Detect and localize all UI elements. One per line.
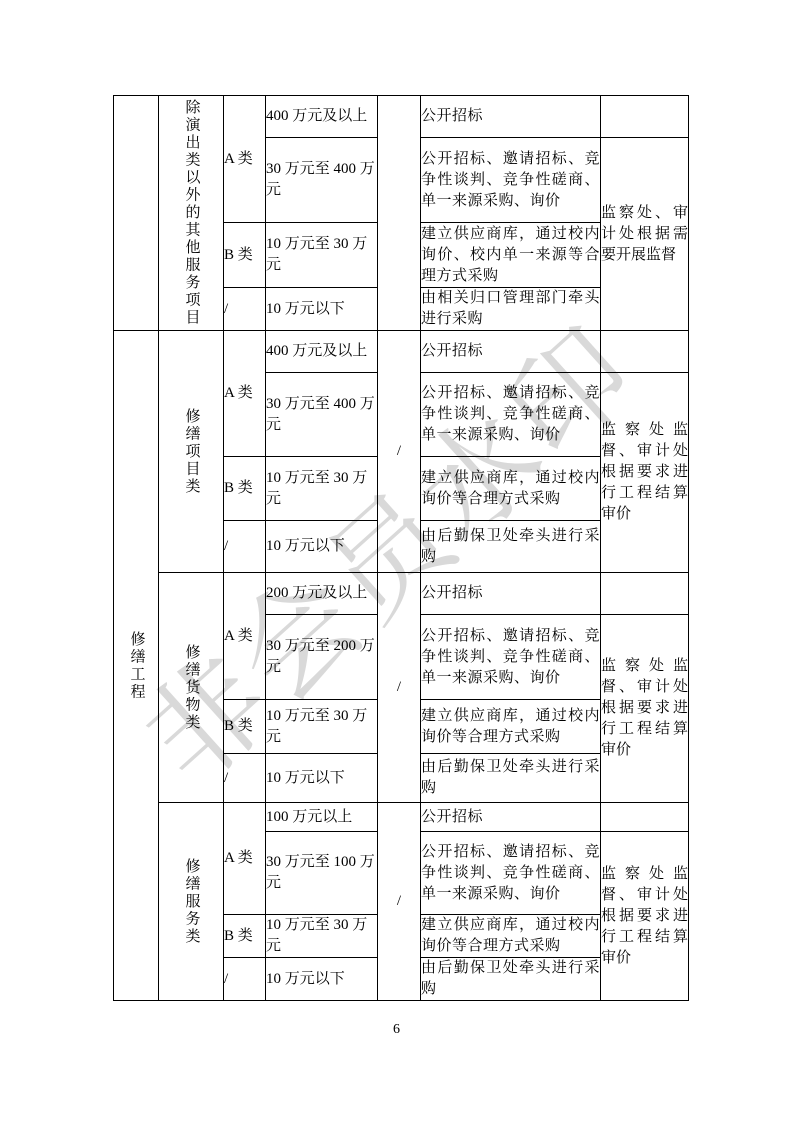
table-row: 修缮货物类 A 类 200 万元及以上 / 公开招标 <box>114 573 689 615</box>
cell-org <box>378 96 421 331</box>
cell-class-slash: / <box>224 754 266 803</box>
cell-amount: 10 万元至 30 万元 <box>266 457 378 521</box>
category-label: 修缮服务类 <box>184 858 199 946</box>
cell-method: 公开招标 <box>421 803 601 832</box>
cell-class-a: A 类 <box>224 803 266 915</box>
table-row: 修缮工程 修缮项目类 A 类 400 万元及以上 / 公开招标 <box>114 331 689 373</box>
cell-method: 由相关归口管理部门牵头进行采购 <box>421 288 601 331</box>
procurement-table: 除演出类以外的其他服务项目 A 类 400 万元及以上 公开招标 30 万元至 … <box>113 95 689 1001</box>
cell-method: 公开招标、邀请招标、竞争性谈判、竞争性磋商、单一来源采购、询价 <box>421 138 601 223</box>
cell-amount: 10 万元以下 <box>266 958 378 1001</box>
cell-method: 公开招标、邀请招标、竞争性谈判、竞争性磋商、单一来源采购、询价 <box>421 615 601 700</box>
cell-method: 公开招标 <box>421 573 601 615</box>
cell-supervision-blank <box>601 803 689 832</box>
cell-supervision: 监察处监督、审计处根据要求进行工程结算审价 <box>601 832 689 1001</box>
category-label: 修缮货物类 <box>184 644 199 732</box>
cell-class-a: A 类 <box>224 331 266 457</box>
category-label: 除演出类以外的其他服务项目 <box>184 99 199 327</box>
cell-amount: 30 万元至 100 万元 <box>266 832 378 915</box>
cell-method: 公开招标、邀请招标、竞争性谈判、竞争性磋商、单一来源采购、询价 <box>421 832 601 915</box>
page-number: 6 <box>0 1022 793 1038</box>
cell-amount: 400 万元及以上 <box>266 96 378 138</box>
cell-category: 修缮项目类 <box>159 331 224 573</box>
cell-method: 建立供应商库，通过校内询价等合理方式采购 <box>421 915 601 958</box>
cell-method: 公开招标、邀请招标、竞争性谈判、竞争性磋商、单一来源采购、询价 <box>421 373 601 457</box>
cell-supervision-blank <box>601 96 689 138</box>
category-label: 修缮项目类 <box>184 408 199 496</box>
cell-class-slash: / <box>224 958 266 1001</box>
cell-method: 由后勤保卫处牵头进行采购 <box>421 754 601 803</box>
cell-category: 修缮服务类 <box>159 803 224 1001</box>
cell-class-slash: / <box>224 521 266 573</box>
cell-method: 公开招标 <box>421 331 601 373</box>
cell-group: 修缮工程 <box>114 331 159 1001</box>
cell-class-b: B 类 <box>224 457 266 521</box>
cell-method: 建立供应商库，通过校内询价等合理方式采购 <box>421 457 601 521</box>
cell-amount: 30 万元至 200 万元 <box>266 615 378 700</box>
cell-class-b: B 类 <box>224 700 266 754</box>
cell-class-b: B 类 <box>224 223 266 288</box>
cell-org: / <box>378 803 421 1001</box>
cell-method: 公开招标 <box>421 96 601 138</box>
cell-amount: 10 万元至 30 万元 <box>266 915 378 958</box>
cell-method: 建立供应商库，通过校内询价等合理方式采购 <box>421 700 601 754</box>
cell-amount: 10 万元至 30 万元 <box>266 700 378 754</box>
cell-supervision-blank <box>601 573 689 615</box>
cell-category: 除演出类以外的其他服务项目 <box>159 96 224 331</box>
cell-method: 由后勤保卫处牵头进行采购 <box>421 958 601 1001</box>
cell-amount: 200 万元及以上 <box>266 573 378 615</box>
table-row: 除演出类以外的其他服务项目 A 类 400 万元及以上 公开招标 <box>114 96 689 138</box>
cell-supervision: 监察处监督、审计处根据要求进行工程结算审价 <box>601 373 689 573</box>
cell-org: / <box>378 331 421 573</box>
cell-class-b: B 类 <box>224 915 266 958</box>
group-label: 修缮工程 <box>129 631 144 701</box>
cell-amount: 30 万元至 400 万元 <box>266 373 378 457</box>
cell-amount: 10 万元至 30 万元 <box>266 223 378 288</box>
cell-supervision: 监察处监督、审计处根据要求进行工程结算审价 <box>601 615 689 803</box>
cell-method: 建立供应商库，通过校内询价、校内单一来源等合理方式采购 <box>421 223 601 288</box>
table-row: 修缮服务类 A 类 100 万元以上 / 公开招标 <box>114 803 689 832</box>
cell-method: 由后勤保卫处牵头进行采购 <box>421 521 601 573</box>
cell-amount: 10 万元以下 <box>266 288 378 331</box>
cell-amount: 30 万元至 400 万元 <box>266 138 378 223</box>
cell-amount: 10 万元以下 <box>266 754 378 803</box>
cell-amount: 10 万元以下 <box>266 521 378 573</box>
cell-amount: 100 万元以上 <box>266 803 378 832</box>
cell-supervision: 监察处、审计处根据需要开展监督 <box>601 138 689 331</box>
cell-supervision-blank <box>601 331 689 373</box>
cell-group-blank <box>114 96 159 331</box>
cell-category: 修缮货物类 <box>159 573 224 803</box>
cell-amount: 400 万元及以上 <box>266 331 378 373</box>
cell-class-a: A 类 <box>224 96 266 223</box>
cell-org: / <box>378 573 421 803</box>
cell-class-slash: / <box>224 288 266 331</box>
cell-class-a: A 类 <box>224 573 266 700</box>
